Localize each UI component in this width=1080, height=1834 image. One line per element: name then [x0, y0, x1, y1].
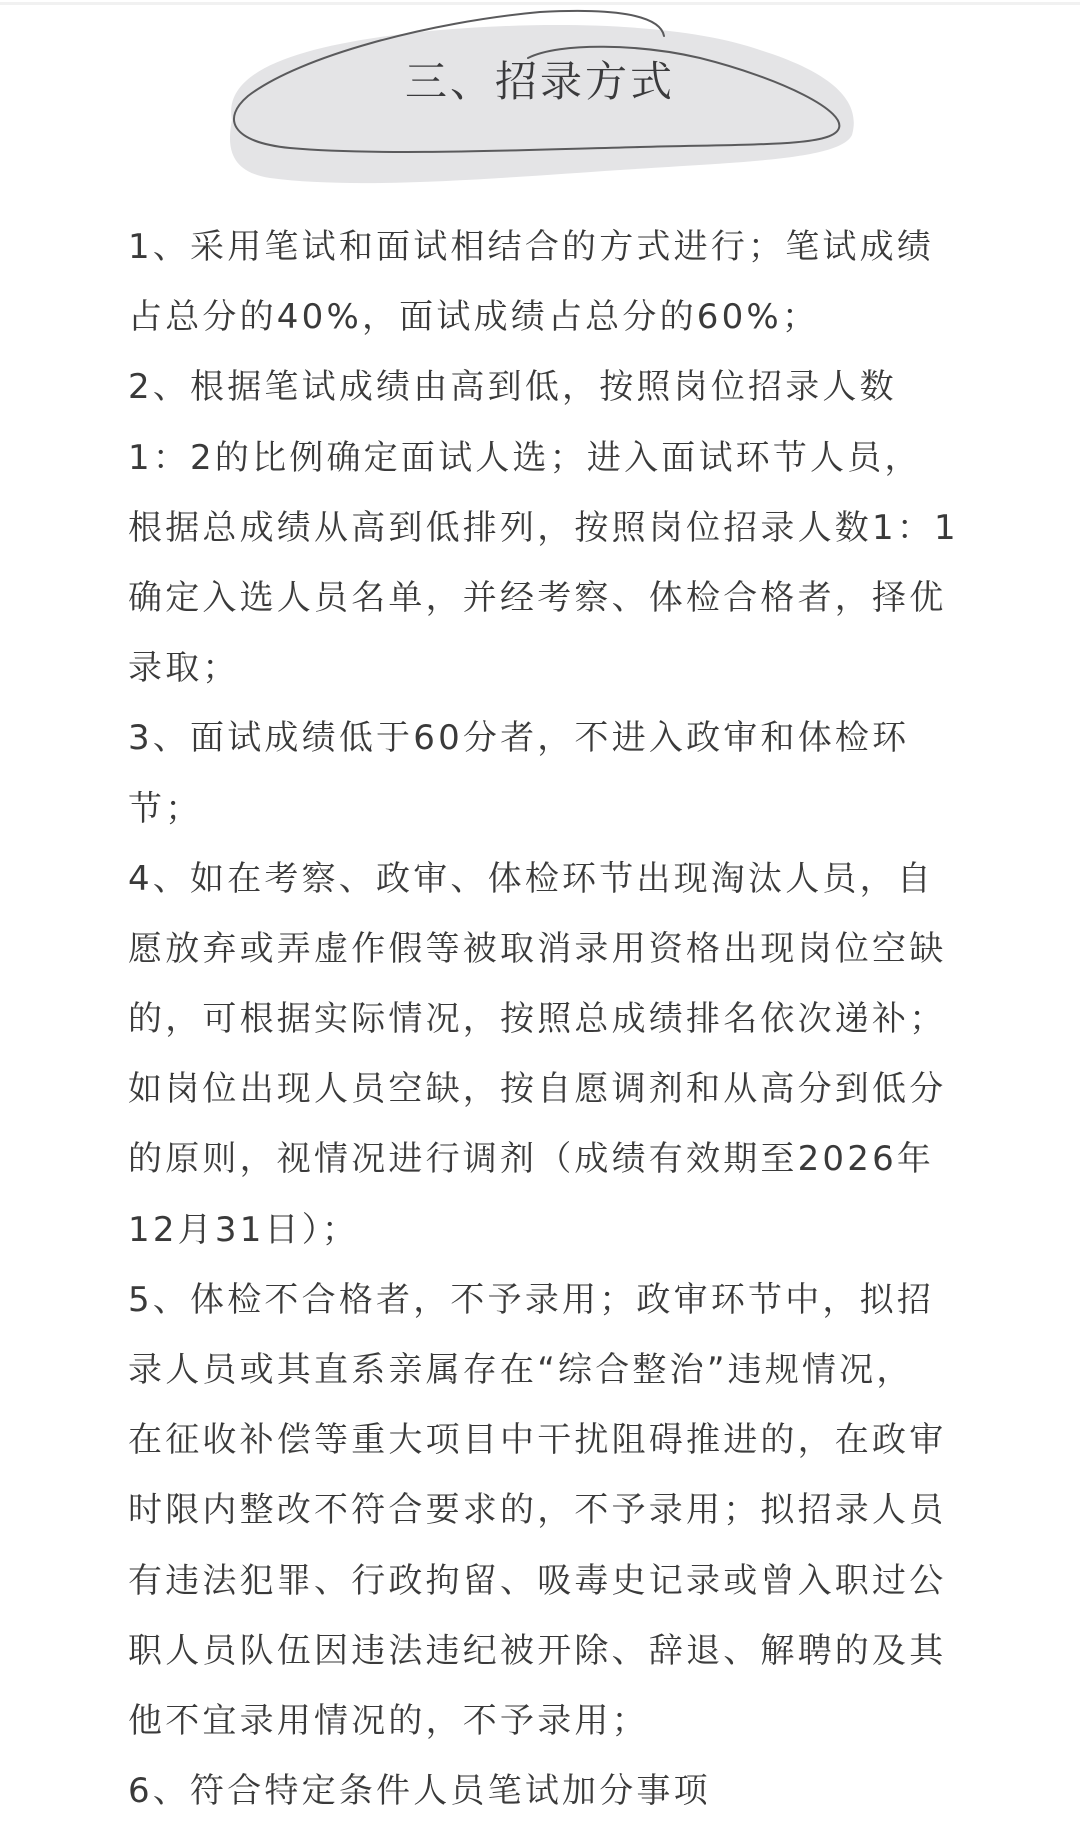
text-line: 录人员或其直系亲属存在“综合整治”违规情况， [128, 1335, 1028, 1405]
text-line: 4、如在考察、政审、体检环节出现淘汰人员，自 [128, 844, 1028, 914]
text-line: 1、采用笔试和面试相结合的方式进行；笔试成绩 [128, 212, 1028, 282]
text-line: 职人员队伍因违法违纪被开除、辞退、解聘的及其 [128, 1616, 1028, 1686]
item-5: 5、体检不合格者，不予录用；政审环节中，拟招 录人员或其直系亲属存在“综合整治”… [128, 1265, 1028, 1756]
text-line: 时限内整改不符合要求的，不予录用；拟招录人员 [128, 1475, 1028, 1545]
text-line: 的，可根据实际情况，按照总成绩排名依次递补； [128, 984, 1028, 1054]
text-line: 节； [128, 774, 1028, 844]
text-line: 的原则，视情况进行调剂（成绩有效期至2026年 [128, 1124, 1028, 1194]
text-line: 1：2的比例确定面试人选；进入面试环节人员， [128, 423, 1028, 493]
text-line: 6、符合特定条件人员笔试加分事项 [128, 1756, 1028, 1826]
text-line: 3、面试成绩低于60分者，不进入政审和体检环 [128, 703, 1028, 773]
text-line: 确定入选人员名单，并经考察、体检合格者，择优 [128, 563, 1028, 633]
text-line: 愿放弃或弄虚作假等被取消录用资格出现岗位空缺 [128, 914, 1028, 984]
text-line: 录取； [128, 633, 1028, 703]
text-line: 2、根据笔试成绩由高到低，按照岗位招录人数 [128, 352, 1028, 422]
section-title: 三、招录方式 [0, 55, 1080, 109]
text-line: 占总分的40%，面试成绩占总分的60%； [128, 282, 1028, 352]
text-line: 根据总成绩从高到低排列，按照岗位招录人数1：1 [128, 493, 1028, 563]
text-line: 如岗位出现人员空缺，按自愿调剂和从高分到低分 [128, 1054, 1028, 1124]
item-3: 3、面试成绩低于60分者，不进入政审和体检环 节； [128, 703, 1028, 843]
text-line: 5、体检不合格者，不予录用；政审环节中，拟招 [128, 1265, 1028, 1335]
text-line: 在征收补偿等重大项目中干扰阻碍推进的，在政审 [128, 1405, 1028, 1475]
item-4: 4、如在考察、政审、体检环节出现淘汰人员，自 愿放弃或弄虚作假等被取消录用资格出… [128, 844, 1028, 1265]
text-line: 12月31日）； [128, 1195, 1028, 1265]
item-1: 1、采用笔试和面试相结合的方式进行；笔试成绩 占总分的40%，面试成绩占总分的6… [128, 212, 1028, 352]
text-line: 他不宜录用情况的，不予录用； [128, 1686, 1028, 1756]
recruitment-method-content: 1、采用笔试和面试相结合的方式进行；笔试成绩 占总分的40%，面试成绩占总分的6… [128, 212, 1028, 1826]
item-6: 6、符合特定条件人员笔试加分事项 [128, 1756, 1028, 1826]
section-heading: 三、招录方式 [0, 0, 1080, 195]
item-2: 2、根据笔试成绩由高到低，按照岗位招录人数 1：2的比例确定面试人选；进入面试环… [128, 352, 1028, 703]
text-line: 有违法犯罪、行政拘留、吸毒史记录或曾入职过公 [128, 1546, 1028, 1616]
